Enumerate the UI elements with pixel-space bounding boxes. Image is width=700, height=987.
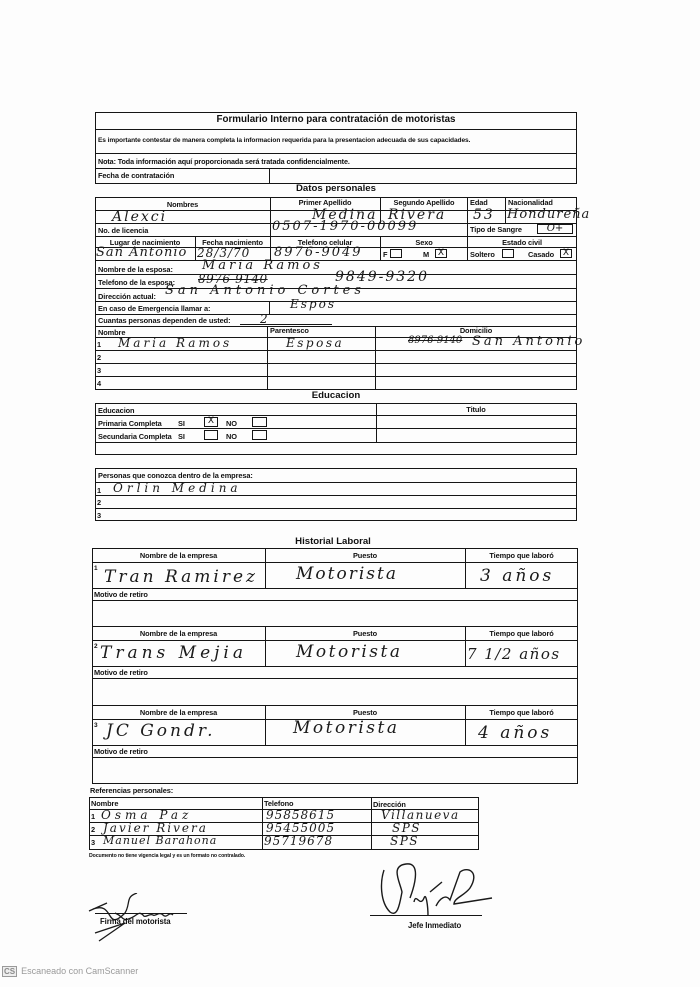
- row-number: 2: [97, 353, 101, 362]
- work-tiempo-value[interactable]: 4 años: [478, 726, 552, 740]
- boss-signature-line: [370, 915, 482, 916]
- primaria-label: Primaria Completa: [98, 419, 162, 428]
- nacionalidad-value[interactable]: Hondureña: [507, 208, 590, 222]
- form-note: Nota: Toda información aquí proporcionad…: [98, 157, 350, 166]
- entry-number: 2: [94, 642, 98, 651]
- row-number: 2: [97, 498, 101, 507]
- camscanner-watermark: CSEscaneado con CamScanner: [2, 966, 138, 977]
- reference-direccion[interactable]: SPS: [390, 834, 419, 848]
- dependent-parentesco[interactable]: Esposa: [286, 336, 344, 350]
- motivo-field[interactable]: [94, 601, 576, 625]
- primaria-si-label: SI: [178, 419, 185, 428]
- references-header-telefono: Telefono: [264, 799, 293, 808]
- dependent-nombre[interactable]: Maria Ramos: [118, 336, 232, 350]
- casado-checkbox[interactable]: X: [560, 249, 572, 258]
- tiempo-header: Tiempo que laboró: [465, 551, 578, 560]
- work-tiempo-value[interactable]: 7 1/2 años: [467, 647, 561, 661]
- secundaria-no-checkbox[interactable]: [252, 430, 267, 440]
- label-edad: Edad: [470, 198, 488, 207]
- reference-telefono[interactable]: 95858615: [266, 808, 335, 822]
- row-number: 1: [97, 340, 101, 349]
- motivo-label: Motivo de retiro: [94, 590, 148, 599]
- esposa-telefono-value[interactable]: 9849-9320: [335, 270, 429, 284]
- reference-nombre[interactable]: Manuel Barahona: [103, 834, 217, 848]
- primaria-si-checkbox[interactable]: X: [204, 417, 218, 427]
- label-tipo-sangre: Tipo de Sangre: [470, 225, 522, 234]
- tiempo-header: Tiempo que laboró: [465, 629, 578, 638]
- camscanner-logo-icon: CS: [2, 966, 17, 977]
- reference-nombre[interactable]: Osma Paz: [101, 808, 192, 822]
- work-puesto-value[interactable]: Motorista: [296, 567, 398, 581]
- reference-telefono[interactable]: 95455005: [266, 821, 335, 835]
- primaria-no-checkbox[interactable]: [252, 417, 267, 427]
- label-sexo-m: M: [423, 250, 429, 259]
- licencia-value[interactable]: 0507-1970-00099: [272, 220, 418, 234]
- reference-direccion[interactable]: SPS: [392, 821, 421, 835]
- disclaimer: Documento no tiene vigencia legal y es u…: [89, 852, 245, 861]
- secundaria-si-checkbox[interactable]: [204, 430, 218, 440]
- puesto-header: Puesto: [265, 629, 465, 638]
- hire-date-label: Fecha de contratación: [98, 171, 174, 180]
- form-intro: Es importante contestar de manera comple…: [98, 136, 470, 145]
- label-esposa-nombre: Nombre de la esposa:: [98, 265, 173, 274]
- sexo-m-checkbox[interactable]: X: [435, 249, 447, 258]
- label-nombres: Nombres: [95, 200, 270, 209]
- label-soltero: Soltero: [470, 250, 495, 259]
- label-sexo: Sexo: [380, 238, 468, 247]
- secundaria-si-label: SI: [178, 432, 185, 441]
- references-header-nombre: Nombre: [91, 799, 118, 808]
- esposa-nombre-value[interactable]: Maria Ramos: [202, 259, 323, 273]
- motivo-label: Motivo de retiro: [94, 747, 148, 756]
- section-title-work-history: Historial Laboral: [92, 536, 574, 547]
- titulo-header: Titulo: [377, 405, 575, 414]
- tiempo-header: Tiempo que laboró: [465, 708, 578, 717]
- lugar-nacimiento-value[interactable]: San Antonio: [96, 246, 187, 260]
- row-number: 3: [97, 511, 101, 520]
- work-puesto-value[interactable]: Motorista: [296, 645, 402, 659]
- nombres-value[interactable]: Alexci: [112, 210, 167, 224]
- dependent-domicilio[interactable]: San Antonio: [472, 335, 585, 349]
- known-person-name[interactable]: Orlin Medina: [113, 481, 242, 495]
- references-label: Referencias personales:: [90, 786, 173, 795]
- camscanner-text: Escaneado con CamScanner: [21, 966, 138, 976]
- reference-telefono[interactable]: 95719678: [264, 834, 333, 848]
- form-title: Formulario Interno para contratación de …: [95, 114, 577, 125]
- hire-date-field[interactable]: [271, 169, 575, 183]
- work-tiempo-value[interactable]: 3 años: [480, 569, 554, 583]
- edad-value[interactable]: 53: [473, 208, 495, 222]
- label-licencia: No. de licencia: [98, 226, 148, 235]
- secundaria-no-label: NO: [226, 432, 237, 441]
- row-number: 1: [91, 812, 95, 821]
- empresa-header: Nombre de la empresa: [92, 629, 265, 638]
- primaria-no-label: NO: [226, 419, 237, 428]
- label-esposa-telefono: Telefono de la esposa:: [98, 278, 175, 287]
- known-people-label: Personas que conozca dentro de la empres…: [98, 471, 253, 480]
- tipo-sangre-value: O+: [547, 223, 564, 234]
- row-number: 3: [91, 838, 95, 847]
- label-segundo-apellido: Segundo Apellido: [380, 198, 468, 207]
- soltero-checkbox[interactable]: [502, 249, 514, 258]
- education-header: Educacion: [98, 406, 134, 415]
- work-empresa-value[interactable]: Tran Ramirez: [104, 570, 258, 584]
- label-estado-civil: Estado civil: [467, 238, 577, 247]
- empresa-header: Nombre de la empresa: [92, 708, 265, 717]
- motivo-field[interactable]: [94, 758, 576, 782]
- row-number: 1: [97, 486, 101, 495]
- reference-direccion[interactable]: Villanueva: [381, 808, 460, 822]
- reference-nombre[interactable]: Javier Rivera: [103, 821, 208, 835]
- boss-signature-label: Jefe Inmediato: [408, 921, 461, 930]
- entry-number: 3: [94, 721, 98, 730]
- label-primer-apellido: Primer Apellido: [270, 198, 380, 207]
- row-number: 3: [97, 366, 101, 375]
- empresa-header: Nombre de la empresa: [92, 551, 265, 560]
- label-emergencia: En caso de Emergencia llamar a:: [98, 304, 210, 313]
- driver-signature-label: Firma del motorista: [100, 917, 170, 926]
- work-empresa-value[interactable]: JC Gondr.: [106, 724, 216, 738]
- sexo-f-checkbox[interactable]: [390, 249, 402, 258]
- section-title-education: Educacion: [95, 390, 577, 401]
- row-number: 4: [97, 379, 101, 388]
- driver-signature-line: [95, 913, 187, 914]
- label-nacionalidad: Nacionalidad: [508, 198, 553, 207]
- label-direccion: Dirección actual:: [98, 292, 156, 301]
- secundaria-label: Secundaria Completa: [98, 432, 172, 441]
- puesto-header: Puesto: [265, 551, 465, 560]
- entry-number: 1: [94, 564, 98, 573]
- tipo-sangre-field[interactable]: O+: [537, 224, 573, 234]
- scanned-form-page: Formulario Interno para contratación de …: [0, 0, 700, 987]
- dependents-header-parentesco: Parentesco: [270, 326, 309, 335]
- emergencia-value[interactable]: Espos: [290, 297, 336, 311]
- label-casado: Casado: [528, 250, 554, 259]
- label-dependientes: Cuantas personas dependen de usted:: [98, 316, 230, 325]
- dependientes-value[interactable]: 2: [260, 312, 270, 326]
- dependent-domicilio-crossed: 8976-9140: [408, 334, 462, 348]
- label-sexo-f: F: [383, 250, 387, 259]
- row-number: 2: [91, 825, 95, 834]
- motivo-field[interactable]: [94, 679, 576, 703]
- section-title-personal: Datos personales: [95, 183, 577, 194]
- direccion-value[interactable]: San Antonio Cortes: [165, 284, 365, 298]
- boss-signature: [370, 862, 500, 922]
- work-empresa-value[interactable]: Trans Mejia: [100, 646, 247, 660]
- puesto-header: Puesto: [265, 708, 465, 717]
- work-puesto-value[interactable]: Motorista: [293, 721, 399, 735]
- motivo-label: Motivo de retiro: [94, 668, 148, 677]
